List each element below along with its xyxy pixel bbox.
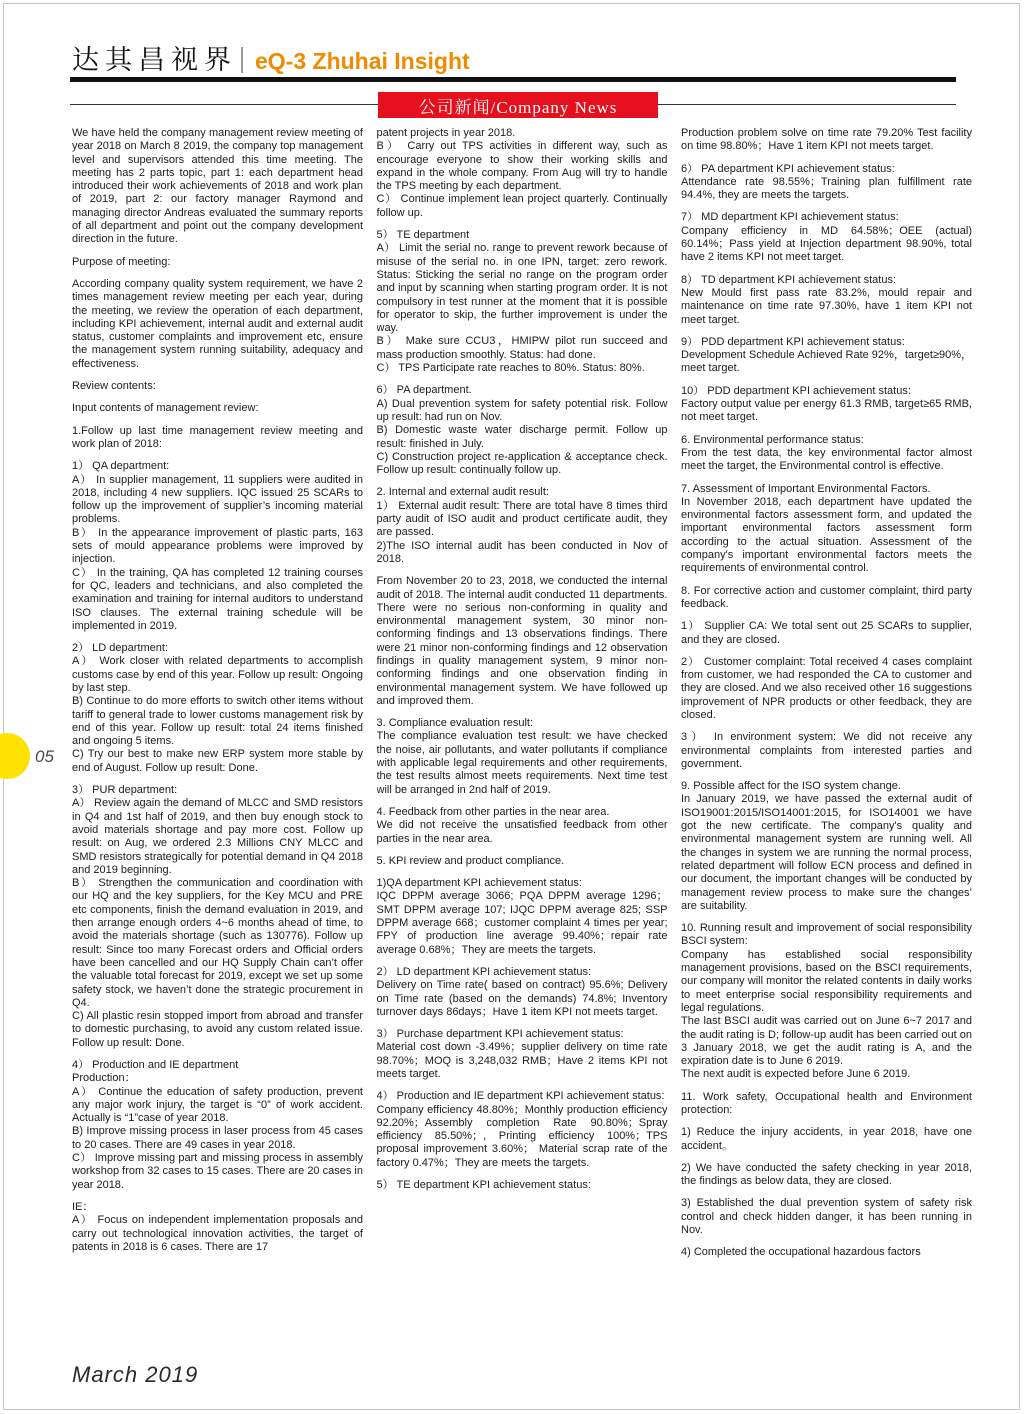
paragraph: 1) Reduce the injury accidents, in year … (681, 1126, 972, 1153)
page-header: 达其昌视界 eQ-3 Zhuhai Insight (72, 40, 956, 74)
paragraph: 2. Internal and external audit result: 1… (377, 486, 668, 566)
paragraph: 3） Purchase department KPI achievement s… (377, 1028, 668, 1081)
header-rule (70, 77, 956, 82)
paragraph: 2） LD department KPI achievement status:… (377, 966, 668, 1019)
news-column-2: patent projects in year 2018. B） Carry o… (377, 127, 668, 1349)
paragraph: 1.Follow up last time management review … (72, 425, 363, 452)
paragraph: IE： A） Focus on independent implementati… (72, 1201, 363, 1254)
paragraph: 7） MD department KPI achievement status:… (681, 211, 972, 264)
paragraph: 9） PDD department KPI achievement status… (681, 336, 972, 376)
brand-chinese-title: 达其昌视界 (72, 47, 237, 74)
paragraph: Input contents of management review: (72, 402, 363, 415)
paragraph: 6） PA department KPI achievement status:… (681, 163, 972, 203)
paragraph: 3. Compliance evaluation result: The com… (377, 717, 668, 797)
paragraph: 8） TD department KPI achievement status:… (681, 274, 972, 327)
paragraph: 3） PUR department: A） Review again the d… (72, 784, 363, 1050)
paragraph: From November 20 to 23, 2018, we conduct… (377, 575, 668, 708)
brand-divider (241, 47, 243, 73)
paragraph: 3) Established the dual prevention syste… (681, 1197, 972, 1237)
paragraph: 1） QA department: A） In supplier managem… (72, 460, 363, 633)
paragraph: 2） LD department: A） Work closer with re… (72, 642, 363, 775)
paragraph: According company quality system require… (72, 278, 363, 371)
paragraph: 11. Work safety, Occupational health and… (681, 1091, 972, 1118)
paragraph: 10） PDD department KPI achievement statu… (681, 385, 972, 425)
paragraph: 2) We have conducted the safety checking… (681, 1162, 972, 1189)
paragraph: 1)QA department KPI achievement status: … (377, 877, 668, 957)
footer-date: March 2019 (72, 1362, 198, 1388)
paragraph: 5. KPI review and product compliance. (377, 855, 668, 868)
paragraph: Review contents: (72, 380, 363, 393)
page-number: 05 (35, 747, 54, 767)
paragraph: Purpose of meeting: (72, 256, 363, 269)
paragraph: 6. Environmental performance status: Fro… (681, 434, 972, 474)
page-number-circle (0, 733, 30, 779)
paragraph: 3） In environment system: We did not rec… (681, 731, 972, 771)
paragraph: 10. Running result and improvement of so… (681, 922, 972, 1082)
paragraph: 7. Assessment of Important Environmental… (681, 483, 972, 576)
section-banner-row: 公司新闻/Company News (70, 90, 956, 118)
news-column-3: Production problem solve on time rate 79… (681, 127, 972, 1349)
paragraph: 4) Completed the occupational hazardous … (681, 1246, 972, 1259)
paragraph: 6） PA department. A) Dual prevention sys… (377, 384, 668, 477)
paragraph: 4. Feedback from other parties in the ne… (377, 806, 668, 846)
news-column-1: We have held the company management revi… (72, 127, 363, 1349)
brand-english-title: eQ-3 Zhuhai Insight (255, 50, 470, 74)
paragraph: Production problem solve on time rate 79… (681, 127, 972, 154)
newsletter-page: 达其昌视界 eQ-3 Zhuhai Insight 公司新闻/Company N… (0, 0, 1024, 1414)
paragraph: 2） Customer complaint: Total received 4 … (681, 656, 972, 722)
article-columns: We have held the company management revi… (72, 127, 972, 1349)
paragraph: 4） Production and IE department KPI achi… (377, 1090, 668, 1170)
paragraph: 5） TE department A） Limit the serial no.… (377, 229, 668, 375)
paragraph: 5） TE department KPI achievement status: (377, 1179, 668, 1192)
paragraph: patent projects in year 2018. B） Carry o… (377, 127, 668, 220)
paragraph: 1） Supplier CA: We total sent out 25 SCA… (681, 620, 972, 647)
paragraph: 4） Production and IE department Producti… (72, 1059, 363, 1192)
paragraph: We have held the company management revi… (72, 127, 363, 247)
paragraph: 8. For corrective action and customer co… (681, 585, 972, 612)
paragraph: 9. Possible affect for the ISO system ch… (681, 780, 972, 913)
section-banner: 公司新闻/Company News (378, 92, 658, 118)
